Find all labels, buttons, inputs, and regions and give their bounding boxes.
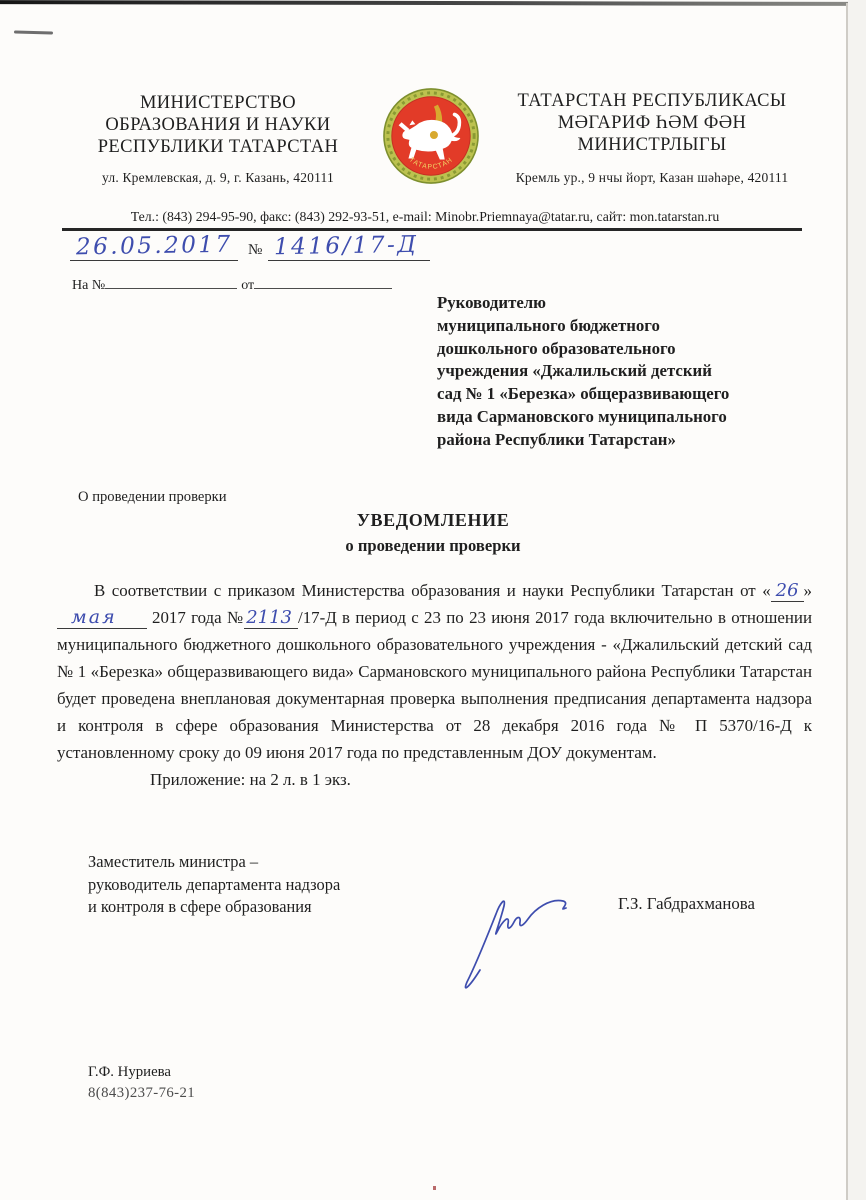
body-segment: В соответствии с приказом Министерства о… <box>94 581 771 600</box>
letterhead-rule <box>62 228 802 231</box>
org-ru-line: РЕСПУБЛИКИ ТАТАРСТАН <box>58 136 378 158</box>
recipient-block: Руководителю муниципального бюджетного д… <box>437 292 823 452</box>
subject-line: О проведении проверки <box>78 489 227 506</box>
org-ru-line: МИНИСТЕРСТВО <box>58 92 378 114</box>
registration-number-handwritten: 1416/17-Д <box>274 232 419 261</box>
registration-line: 26.05.2017 № 1416/17-Д <box>70 233 430 261</box>
document-title-sub: о проведении проверки <box>0 536 866 556</box>
contact-line: Тел.: (843) 294-95-90, факс: (843) 292-9… <box>0 209 850 225</box>
org-tt-line: ТАТАРСТАН РЕСПУБЛИКАСЫ <box>482 90 822 112</box>
recipient-line: сад № 1 «Березка» общеразвивающего <box>437 383 823 406</box>
scanned-letter-page: МИНИСТЕРСТВО ОБРАЗОВАНИЯ И НАУКИ РЕСПУБЛ… <box>0 0 866 1200</box>
handwritten-month: мая <box>57 606 147 629</box>
registration-number-label: № <box>248 242 262 259</box>
body-segment: » <box>804 581 812 600</box>
reply-number-blank <box>105 274 237 289</box>
recipient-line: учреждения «Джалильский детский <box>437 360 823 383</box>
body-segment: 2017 года № <box>147 608 245 627</box>
scan-speck <box>433 1186 436 1190</box>
org-tt-line: МИНИСТРЛЫГЫ <box>482 134 822 156</box>
org-name-russian: МИНИСТЕРСТВО ОБРАЗОВАНИЯ И НАУКИ РЕСПУБЛ… <box>58 92 378 186</box>
org-tt-line: МӘГАРИФ ҺӘМ ФӘН <box>482 112 822 134</box>
signature-ink-icon <box>450 868 590 993</box>
reply-date-blank <box>254 274 392 289</box>
document-title: УВЕДОМЛЕНИЕ о проведении проверки <box>0 510 866 556</box>
recipient-line: муниципального бюджетного <box>437 315 823 338</box>
org-name-tatar: ТАТАРСТАН РЕСПУБЛИКАСЫ МӘГАРИФ ҺӘМ ФӘН М… <box>482 90 822 186</box>
signer-position: Заместитель министра – руководитель депа… <box>88 851 418 919</box>
executor-block: Г.Ф. Нуриева 8(843)237-76-21 <box>88 1062 195 1104</box>
tatarstan-coat-of-arms-icon: ТАТАРСТАН <box>382 87 480 185</box>
recipient-line: Руководителю <box>437 292 823 315</box>
pen-mark <box>14 30 53 34</box>
signer-position-line: и контроля в сфере образования <box>88 896 418 919</box>
reply-date-label: от <box>241 278 254 293</box>
recipient-line: района Республики Татарстан» <box>437 429 823 452</box>
body-segment: /17-Д в период с 23 по 23 июня 2017 года… <box>57 608 812 762</box>
attachment-line: Приложение: на 2 л. в 1 экз. <box>57 766 812 793</box>
body-paragraph: В соответствии с приказом Министерства о… <box>57 577 812 766</box>
org-tt-address: Кремль ур., 9 нчы йорт, Казан шәһәре, 42… <box>482 170 822 186</box>
executor-name: Г.Ф. Нуриева <box>88 1062 195 1083</box>
registration-date-underline: 26.05.2017 <box>70 233 238 261</box>
handwritten-day: 26 <box>771 580 804 602</box>
recipient-line: вида Сармановского муниципального <box>437 406 823 429</box>
registration-date-handwritten: 26.05.2017 <box>76 232 233 261</box>
registration-number-underline: 1416/17-Д <box>268 233 430 261</box>
reply-number-label: На № <box>72 278 105 293</box>
signer-position-line: руководитель департамента надзора <box>88 874 418 897</box>
scan-edge-right-band <box>848 0 866 1200</box>
reply-reference-line: На №от <box>72 274 392 294</box>
scan-edge-top <box>0 0 850 6</box>
org-ru-address: ул. Кремлевская, д. 9, г. Казань, 420111 <box>58 170 378 186</box>
org-ru-line: ОБРАЗОВАНИЯ И НАУКИ <box>58 114 378 136</box>
body-text: В соответствии с приказом Министерства о… <box>57 577 812 793</box>
recipient-line: дошкольного образовательного <box>437 338 823 361</box>
handwritten-order-number: 2113 <box>244 607 298 629</box>
signer-name: Г.З. Габдрахманова <box>618 894 755 914</box>
scan-edge-right <box>846 3 848 1200</box>
document-title-main: УВЕДОМЛЕНИЕ <box>0 510 866 531</box>
signer-position-line: Заместитель министра – <box>88 851 418 874</box>
executor-phone: 8(843)237-76-21 <box>88 1083 195 1104</box>
